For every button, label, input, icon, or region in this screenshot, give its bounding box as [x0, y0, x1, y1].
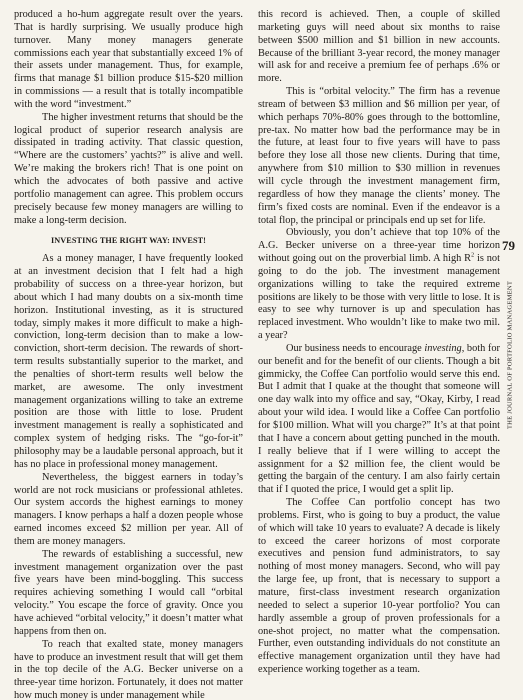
text-span: is not going to do the job. The investme…	[258, 253, 500, 341]
paragraph: produced a ho-hum aggregate result over …	[14, 9, 243, 112]
paragraph: Our business needs to encourage investin…	[258, 343, 500, 497]
text-span: Obviously, you don’t achieve that top 10…	[258, 227, 500, 264]
paragraph: Obviously, you don’t achieve that top 10…	[258, 227, 500, 343]
paragraph: To reach that exalted state, money manag…	[14, 639, 243, 700]
emphasis: investing	[424, 343, 461, 354]
paragraph: As a money manager, I have frequently lo…	[14, 253, 243, 471]
section-heading: INVESTING THE RIGHT WAY: INVEST!	[14, 235, 243, 247]
paragraph: The rewards of establishing a successful…	[14, 549, 243, 639]
journal-page: produced a ho-hum aggregate result over …	[0, 0, 523, 700]
right-text-column: this record is achieved. Then, a couple …	[258, 9, 500, 677]
page-number: 79	[502, 238, 515, 254]
text-span: Our business needs to encourage	[286, 343, 424, 354]
paragraph: Nevertheless, the biggest earners in tod…	[14, 472, 243, 549]
paragraph: This is “orbital velocity.” The firm has…	[258, 86, 500, 227]
paragraph: this record is achieved. Then, a couple …	[258, 9, 500, 86]
text-span: , both for our benefit and for the benef…	[258, 343, 500, 495]
left-text-column: produced a ho-hum aggregate result over …	[14, 9, 243, 700]
paragraph: The higher investment returns that shoul…	[14, 112, 243, 228]
running-head: THE JOURNAL OF PORTFOLIO MANAGEMENT	[507, 281, 514, 429]
paragraph: The Coffee Can portfolio concept has two…	[258, 497, 500, 677]
